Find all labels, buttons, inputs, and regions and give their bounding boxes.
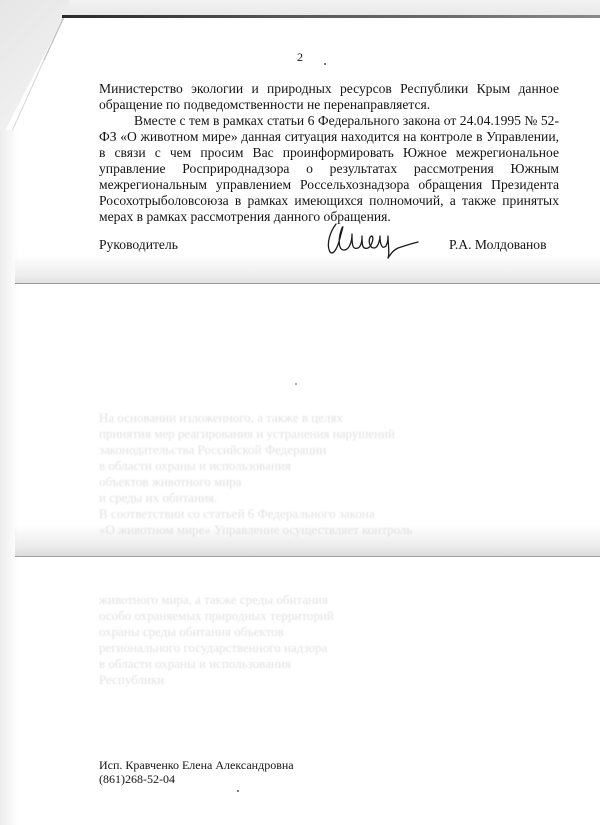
executor-phone: (861)268-52-04: [99, 772, 294, 786]
executor-info: Исп. Кравченко Елена Александровна (861)…: [99, 758, 294, 786]
bleed-through-text: животного мира, а также среды обитания о…: [99, 592, 559, 688]
page-number: 2: [0, 50, 600, 65]
bleed-line: объектов животного мира: [99, 474, 559, 490]
scan-speck: [237, 790, 239, 792]
bleed-line: На основании изложенного, а также в целя…: [99, 410, 559, 426]
bleed-line: охраны среды обитания объектов: [99, 624, 559, 640]
paragraph: Вместе с тем в рамках статьи 6 Федеральн…: [99, 113, 559, 225]
letter-body: Министерство экологии и природных ресурс…: [99, 81, 559, 225]
signature-block: Руководитель Р.А. Молдованов: [99, 237, 559, 257]
bleed-through-text: На основании изложенного, а также в целя…: [99, 410, 559, 538]
bleed-line: и среды их обитания.: [99, 490, 559, 506]
bleed-line: принятия мер реагирования и устранения н…: [99, 426, 559, 442]
scan-speck: [324, 63, 326, 65]
signatory-title: Руководитель: [99, 237, 178, 253]
bleed-line: в области охраны и использования: [99, 458, 559, 474]
page-top-edge: [62, 15, 600, 18]
bleed-line: особо охраняемых природных территорий: [99, 608, 559, 624]
paragraph: Министерство экологии и природных ресурс…: [99, 81, 559, 113]
paper-fold-line: [15, 525, 600, 557]
bleed-line: «О животном мире» Управление осуществляе…: [99, 522, 559, 538]
bleed-line: в области охраны и использования: [99, 656, 559, 672]
bleed-line: животного мира, а также среды обитания: [99, 592, 559, 608]
bleed-line: законодательства Российской Федерации: [99, 442, 559, 458]
signatory-name: Р.А. Молдованов: [449, 237, 547, 253]
paper-fold-line: [15, 255, 600, 284]
folded-corner-shadow: [0, 0, 70, 140]
bleed-line: Республики: [99, 672, 559, 688]
scan-speck: [295, 383, 297, 385]
bleed-line: регионального государственного надзора: [99, 640, 559, 656]
page-left-edge: [0, 130, 18, 825]
bleed-line: В соответствии со статьей 6 Федерального…: [99, 506, 559, 522]
executor-name: Исп. Кравченко Елена Александровна: [99, 758, 294, 772]
